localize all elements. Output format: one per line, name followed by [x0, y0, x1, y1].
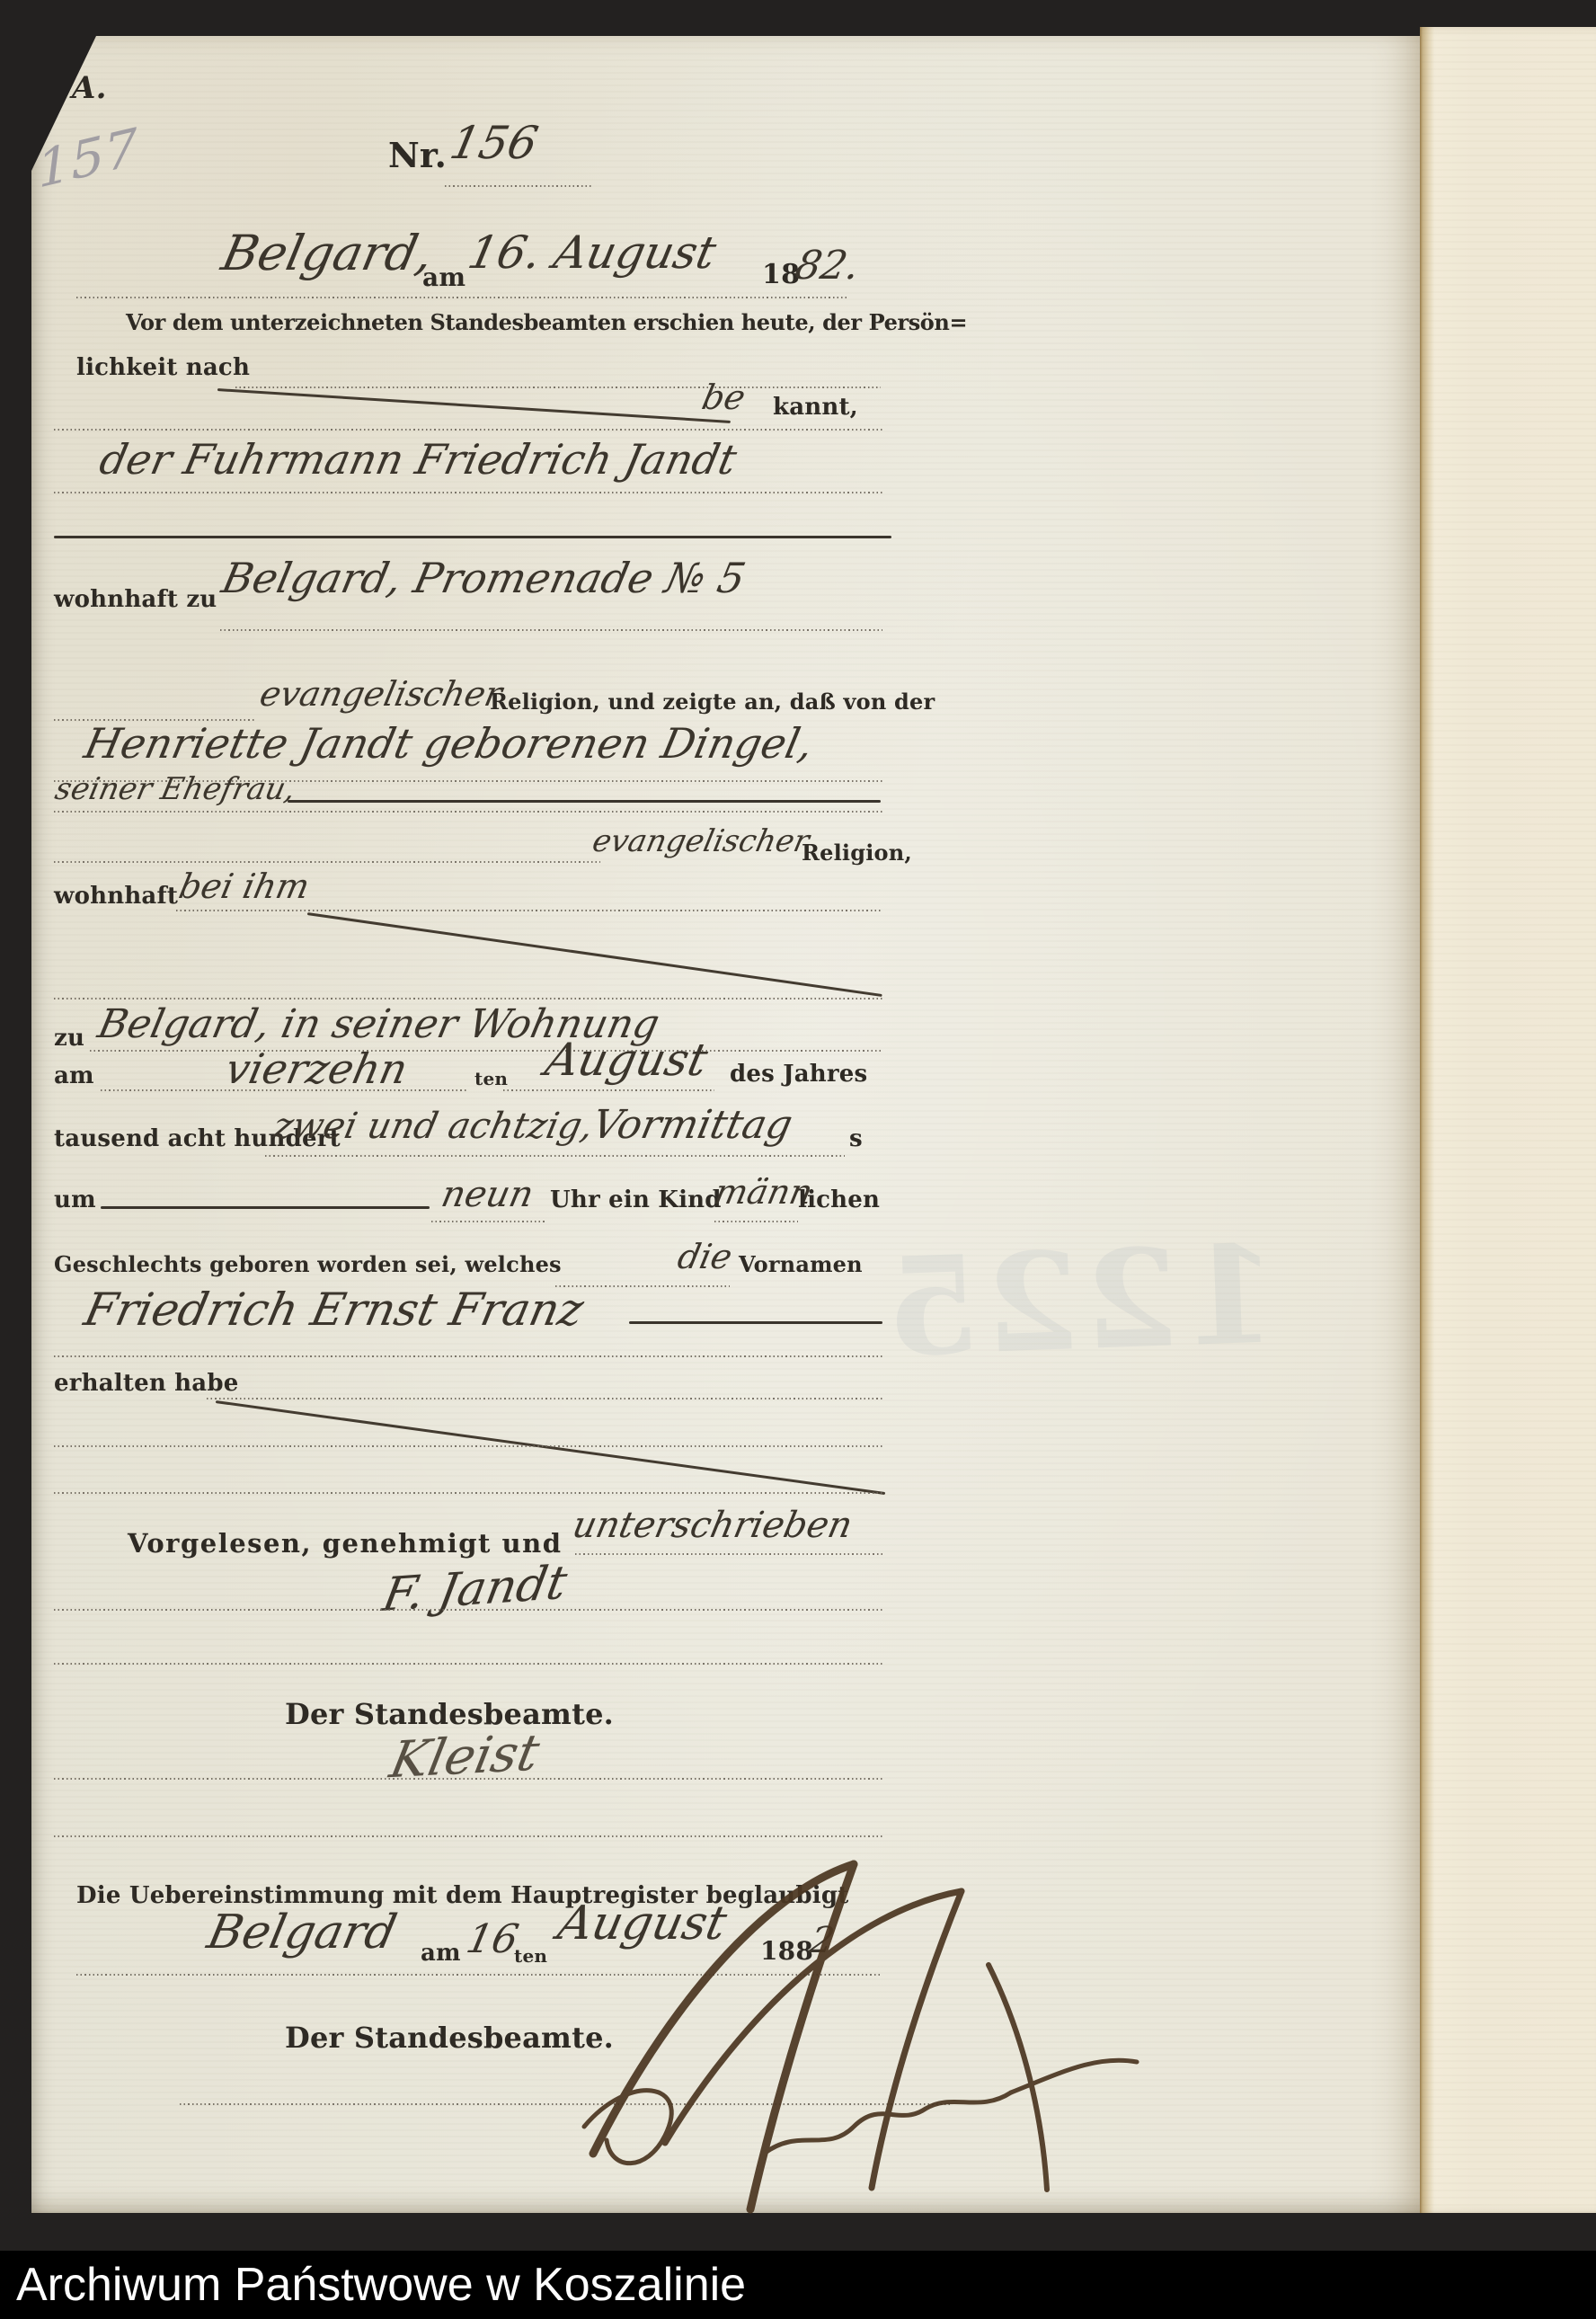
dotted-line	[54, 1492, 882, 1494]
ink-stroke	[216, 1400, 885, 1495]
religion1-value: evangelischer	[256, 674, 505, 714]
head-place: Belgard,	[217, 225, 439, 281]
be-script: be	[698, 378, 749, 417]
birthdate-am-label: am	[54, 1062, 94, 1089]
declarant-name: der Fuhrmann Friedrich Jandt	[95, 435, 740, 484]
head-am-label: am	[422, 262, 465, 292]
ink-rule	[288, 800, 881, 803]
dotted-line	[431, 1221, 546, 1222]
dotted-line	[54, 1609, 882, 1611]
geschlechts-label: Geschlechts geboren worden sei, welches	[54, 1251, 562, 1277]
cert-ten-label: ten	[514, 1945, 547, 1967]
dotted-line	[90, 1050, 882, 1052]
dotted-line	[54, 861, 600, 863]
archive-name: Archiwum Państwowe w Koszalinie	[16, 2258, 746, 2312]
gender-suffix-label: lichen	[798, 1186, 880, 1213]
document-content: A. 157 Nr. 156 Belgard, am 16. August 18…	[0, 0, 1596, 2319]
article-script: die	[674, 1237, 735, 1276]
religion2-printed: Religion,	[802, 840, 912, 866]
kannt-printed: kannt,	[773, 394, 858, 421]
daytime-value: Vormittag	[589, 1102, 797, 1148]
ink-rule	[629, 1321, 882, 1324]
dotted-line	[54, 1445, 882, 1447]
dotted-line	[207, 1398, 882, 1399]
registrar-signature-2-flourish	[557, 1857, 1150, 2217]
dotted-line	[54, 1778, 882, 1780]
birthdate-year-label: des Jahres	[730, 1061, 867, 1088]
form-corner-letter: A.	[72, 70, 107, 106]
ink-stroke	[217, 388, 731, 423]
dotted-line	[176, 910, 882, 911]
closing-script: unterschrieben	[569, 1505, 856, 1546]
dotted-line	[54, 1355, 882, 1357]
residence2-value: bei ihm	[175, 866, 313, 906]
vornamen-label: Vornamen	[739, 1251, 863, 1277]
year-value: zwei und achtzig,	[270, 1106, 597, 1147]
residence2-label: wohnhaft	[54, 883, 178, 910]
wife-script: seiner Ehefrau,	[52, 771, 299, 807]
birthdate-day: vierzehn	[221, 1044, 412, 1093]
time-uhr-kind-label: Uhr ein Kind	[550, 1186, 722, 1213]
dotted-line	[54, 1663, 882, 1665]
dotted-line	[54, 429, 882, 431]
dotted-line	[220, 629, 882, 631]
dotted-line	[54, 1835, 882, 1837]
ink-stroke	[307, 912, 882, 997]
dotted-line	[101, 1089, 467, 1091]
time-um-label: um	[54, 1186, 96, 1213]
record-number-label: Nr.	[388, 135, 447, 175]
erhalten-label: erhalten habe	[54, 1370, 238, 1397]
ink-rule	[54, 536, 891, 538]
daytime-suffix: s	[849, 1125, 863, 1152]
cert-place: Belgard	[203, 1906, 402, 1959]
declarant-signature: F. Jandt	[378, 1556, 571, 1622]
dotted-line	[445, 185, 593, 187]
head-year-script: 82.	[792, 243, 864, 289]
dotted-line	[235, 386, 881, 388]
ink-rule	[101, 1206, 430, 1209]
dotted-line	[714, 1221, 798, 1222]
mother-name: Henriette Jandt geborenen Dingel,	[80, 719, 818, 768]
dotted-line	[54, 492, 882, 493]
residence-label: wohnhaft zu	[54, 586, 217, 613]
archive-scan: A. 157 Nr. 156 Belgard, am 16. August 18…	[0, 0, 1596, 2319]
religion2-value: evangelischer	[590, 823, 812, 859]
dotted-line	[76, 297, 847, 298]
closing-printed: Vorgelesen, genehmigt und	[128, 1528, 562, 1559]
archive-caption-bar: Archiwum Państwowe w Koszalinie	[0, 2251, 1596, 2319]
dotted-line	[54, 811, 882, 813]
cert-am-label: am	[421, 1940, 461, 1967]
child-names: Friedrich Ernst Franz	[80, 1284, 589, 1336]
registrar-signature-1: Kleist	[386, 1724, 545, 1790]
dotted-line	[503, 1089, 714, 1091]
registrar-heading-1: Der Standesbeamte.	[261, 1697, 638, 1731]
intro-line-1: Vor dem unterzeichneten Standesbeamten e…	[126, 309, 967, 335]
intro-line-2: lichkeit nach	[76, 354, 250, 381]
show-through-number: 1225	[878, 1215, 1280, 1387]
birthplace-label: zu	[54, 1025, 84, 1052]
residence-value: Belgard, Promenade № 5	[217, 554, 749, 602]
time-hour-value: neun	[438, 1174, 537, 1215]
pencil-page-number: 157	[35, 117, 140, 200]
record-number-value: 156	[446, 117, 543, 169]
birthdate-month: August	[541, 1034, 713, 1086]
dotted-line	[575, 1553, 882, 1555]
religion1-printed: Religion, und zeigte an, daß von der	[490, 689, 935, 715]
dotted-line	[54, 998, 882, 1000]
dotted-line	[265, 1155, 845, 1157]
head-date-value: 16. August	[464, 227, 721, 279]
birthdate-ten-label: ten	[474, 1068, 508, 1089]
